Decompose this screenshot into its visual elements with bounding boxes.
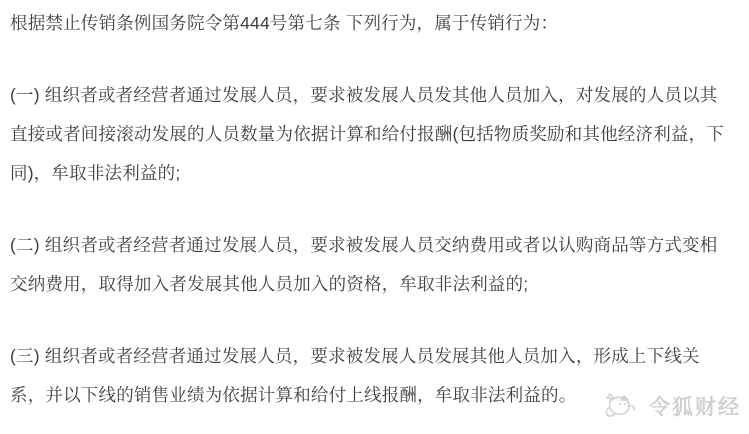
text-line: (一) 组织者或者经营者通过发展人员，要求被发展人员发其他人员加入，对发展的人员… bbox=[10, 76, 743, 115]
watermark-label: 令狐财经 bbox=[649, 391, 741, 421]
clause-2-paragraph: (二) 组织者或者经营者通过发展人员，要求被发展人员交纳费用或者以认购商品等方式… bbox=[10, 226, 743, 304]
text-line: 根据禁止传销条例国务院令第444号第七条 下列行为，属于传销行为： bbox=[10, 4, 743, 43]
text-line: 交纳费用，取得加入者发展其他人员加入的资格，牟取非法利益的; bbox=[10, 265, 743, 304]
text-line: 直接或者间接滚动发展的人员数量为依据计算和给付报酬(包括物质奖励和其他经济利益，… bbox=[10, 115, 743, 154]
text-line: 同)，牟取非法利益的; bbox=[10, 154, 743, 193]
text-line: (二) 组织者或者经营者通过发展人员，要求被发展人员交纳费用或者以认购商品等方式… bbox=[10, 226, 743, 265]
watermark: 令狐财经 bbox=[604, 390, 741, 422]
clause-1-paragraph: (一) 组织者或者经营者通过发展人员，要求被发展人员发其他人员加入，对发展的人员… bbox=[10, 76, 743, 193]
article-body: 根据禁止传销条例国务院令第444号第七条 下列行为，属于传销行为： (一) 组织… bbox=[0, 0, 749, 434]
text-line: (三) 组织者或者经营者通过发展人员，要求被发展人员发展其他人员加入，形成上下线… bbox=[10, 337, 743, 376]
intro-paragraph: 根据禁止传销条例国务院令第444号第七条 下列行为，属于传销行为： bbox=[10, 4, 743, 43]
fox-logo-icon bbox=[604, 390, 644, 422]
